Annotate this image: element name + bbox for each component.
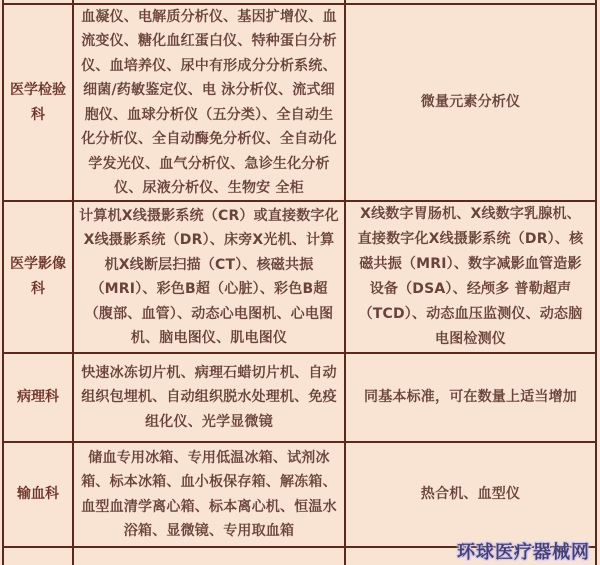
equipment-cell: 计算机X线摄影系统（CR）或直接数字化X线摄影系统（DR）、床旁X光机、计算机X…: [74, 202, 346, 354]
equipment-table: 医学检验科 血凝仪、电解质分析仪、基因扩增仪、血流变仪、糖化血红蛋白仪、特种蛋白…: [2, 0, 597, 565]
department-cell: 病理科: [4, 354, 74, 443]
department-cell: 医学检验科: [4, 5, 74, 202]
additional-equipment-cell: 热合机、血型仪: [346, 443, 595, 548]
table-bottom-sliver: [4, 548, 74, 565]
equipment-table-page: 医学检验科 血凝仪、电解质分析仪、基因扩增仪、血流变仪、糖化血红蛋白仪、特种蛋白…: [0, 0, 600, 565]
department-cell: 输血科: [4, 443, 74, 548]
equipment-cell: 储血专用冰箱、专用低温冰箱、试剂冰箱、标本冰箱、血小板保存箱、解冻箱、血型血清学…: [74, 443, 346, 548]
site-watermark: 环球医疗器械网: [457, 538, 590, 564]
department-cell: 医学影像科: [4, 202, 74, 354]
table-bottom-sliver: [74, 548, 346, 565]
equipment-cell: 血凝仪、电解质分析仪、基因扩增仪、血流变仪、糖化血红蛋白仪、特种蛋白分析仪、血培…: [74, 5, 346, 202]
equipment-cell: 快速冰冻切片机、病理石蜡切片机、自动组织包埋机、自动组织脱水处理机、免疫组化仪、…: [74, 354, 346, 443]
additional-equipment-cell: 微量元素分析仪: [346, 5, 595, 202]
additional-equipment-cell: 同基本标准，可在数量上适当增加: [346, 354, 595, 443]
additional-equipment-cell: X线数字胃肠机、X线数字乳腺机、直接数字化X线摄影系统（DR）、核磁共振（MRI…: [346, 202, 595, 354]
